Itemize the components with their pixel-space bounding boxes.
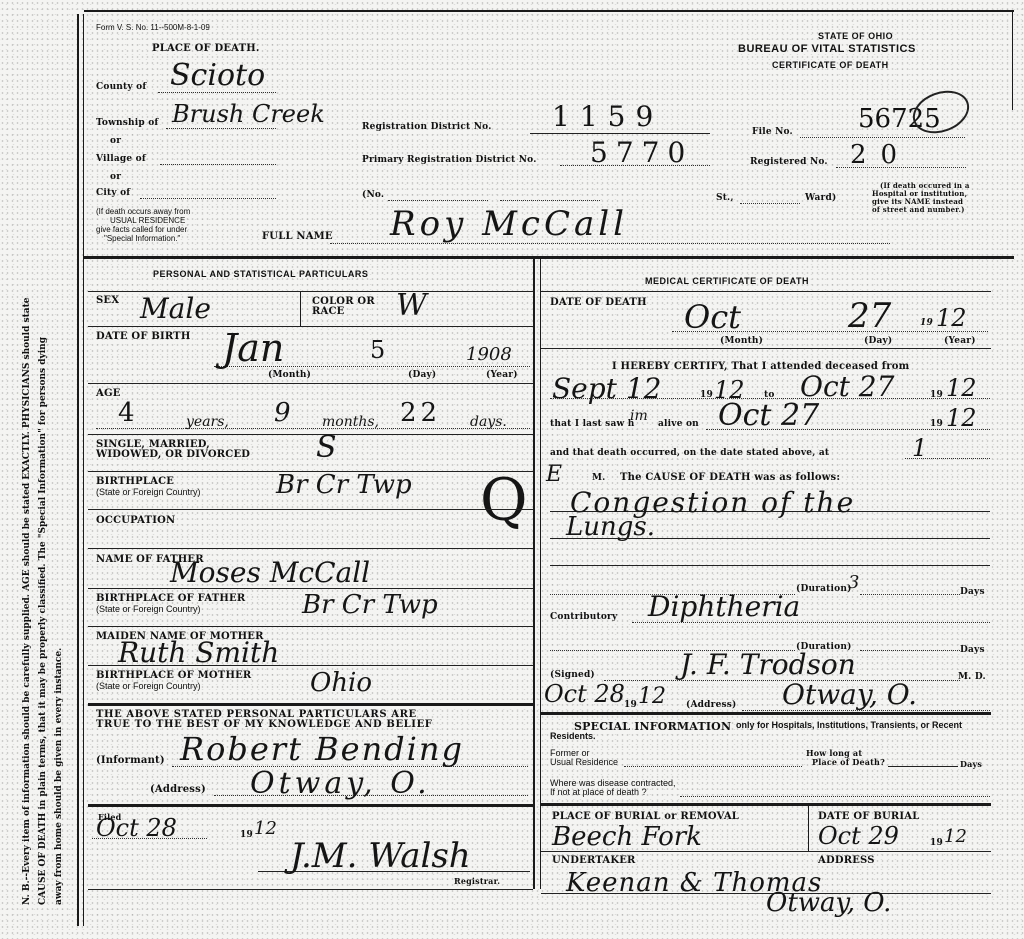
age-months[interactable]: 9 bbox=[274, 398, 291, 428]
howlong-label-2: Place of Death? bbox=[812, 757, 885, 767]
dod-month-caption: (Month) bbox=[720, 336, 763, 346]
cause-text: The CAUSE OF DEATH was as follows: bbox=[620, 473, 840, 483]
years-label: years, bbox=[186, 414, 229, 430]
dob-year[interactable]: 1908 bbox=[466, 344, 512, 365]
dod-year-caption: (Year) bbox=[944, 336, 976, 346]
address-value[interactable]: Otway, O. bbox=[250, 766, 431, 801]
former-label-2: Usual Residence bbox=[550, 757, 618, 767]
primary-district-value[interactable]: 5770 bbox=[590, 136, 693, 169]
mother-birthplace-sub: (State or Foreign Country) bbox=[96, 681, 201, 691]
personal-heading: PERSONAL AND STATISTICAL PARTICULARS bbox=[153, 269, 368, 279]
left-border bbox=[77, 14, 79, 926]
contributory-label: Contributory bbox=[550, 612, 617, 622]
duration2-days-label: Days bbox=[960, 645, 985, 655]
form-number: Form V. S. No. 11--500M-8-1-09 bbox=[96, 23, 210, 32]
attended-to-year-prefix: 19 bbox=[930, 390, 943, 400]
place-of-death-heading: PLACE OF DEATH. bbox=[152, 44, 260, 54]
dod-year-prefix: 19 bbox=[920, 318, 933, 328]
last-saw-year-prefix: 19 bbox=[930, 419, 943, 429]
last-saw-year[interactable]: 12 bbox=[946, 404, 977, 432]
burial-year[interactable]: 12 bbox=[944, 826, 967, 847]
last-saw-label-1: that I last saw h bbox=[550, 419, 635, 429]
primary-district-label: Primary Registration District No. bbox=[362, 155, 537, 165]
months-label: months, bbox=[322, 414, 379, 430]
color-value[interactable]: W bbox=[396, 288, 427, 323]
birthplace-sub: (State or Foreign Country) bbox=[96, 487, 201, 497]
village-label: Village of bbox=[96, 154, 146, 164]
dob-day-caption: (Day) bbox=[408, 370, 436, 380]
sex-label: SEX bbox=[96, 296, 119, 306]
burial-date-label: DATE OF BURIAL bbox=[818, 812, 919, 822]
duration-days-label: Days bbox=[960, 587, 985, 597]
signed-year-prefix: 19 bbox=[624, 700, 637, 710]
sex-value[interactable]: Male bbox=[140, 292, 211, 325]
duration-value[interactable]: 3 bbox=[848, 572, 859, 593]
dod-month[interactable]: Oct bbox=[684, 298, 741, 336]
side-note-line-3: away from home should be given in every … bbox=[54, 648, 65, 905]
reg-district-label: Registration District No. bbox=[362, 122, 492, 132]
occurred-time[interactable]: 1 bbox=[912, 434, 927, 462]
dod-day[interactable]: 27 bbox=[848, 296, 891, 336]
registrar-label: Registrar. bbox=[454, 876, 500, 886]
burial-divider bbox=[808, 806, 809, 851]
city-label: City of bbox=[96, 188, 130, 198]
father-birthplace-value[interactable]: Br Cr Twp bbox=[302, 590, 438, 620]
dod-year[interactable]: 12 bbox=[936, 304, 967, 332]
away-note: (If death occurs away from USUAL RESIDEN… bbox=[96, 207, 190, 243]
occurred-text: and that death occurred, on the date sta… bbox=[550, 448, 829, 458]
cause-line-2[interactable]: Lungs. bbox=[566, 512, 655, 542]
informant-label: (Informant) bbox=[96, 756, 165, 766]
attended-from-year-prefix: 19 bbox=[700, 390, 713, 400]
center-divider-inner bbox=[540, 259, 541, 889]
side-note-line-1: N. B.--Every item of information should … bbox=[22, 298, 33, 905]
occupation-label: OCCUPATION bbox=[96, 516, 175, 526]
registered-no-label: Registered No. bbox=[750, 157, 828, 167]
or-1: or bbox=[110, 136, 121, 146]
age-days[interactable]: 22 bbox=[400, 398, 441, 428]
street-no-label: (No. bbox=[362, 190, 384, 200]
ward-label: Ward) bbox=[805, 193, 836, 203]
full-name-value[interactable]: Roy McCall bbox=[390, 204, 628, 244]
days-label: days. bbox=[470, 414, 507, 430]
attended-from[interactable]: Sept 12 bbox=[552, 372, 661, 405]
m-label: M. bbox=[592, 473, 606, 483]
county-label: County of bbox=[96, 82, 146, 92]
filed-year-prefix: 19 bbox=[240, 830, 253, 840]
township-label: Township of bbox=[96, 118, 159, 128]
howlong-days: Days bbox=[960, 759, 982, 769]
county-value[interactable]: Scioto bbox=[170, 58, 265, 93]
undertaker-label: UNDERTAKER bbox=[552, 856, 636, 866]
signed-value[interactable]: J. F. Trodson bbox=[680, 648, 856, 681]
signed-address-value[interactable]: Otway, O. bbox=[782, 678, 917, 711]
center-divider bbox=[533, 259, 535, 889]
burial-place-value[interactable]: Beech Fork bbox=[552, 822, 702, 852]
or-2: or bbox=[110, 172, 121, 182]
registrar-signature[interactable]: J.M. Walsh bbox=[290, 836, 471, 876]
mother-birthplace-label: BIRTHPLACE OF MOTHER bbox=[96, 671, 251, 681]
street-label: St., bbox=[716, 193, 734, 203]
signed-address-label: (Address) bbox=[686, 700, 737, 710]
address-label: (Address) bbox=[150, 785, 206, 795]
dob-month-caption: (Month) bbox=[268, 370, 311, 380]
dod-day-caption: (Day) bbox=[864, 336, 892, 346]
dob-month[interactable]: Jan bbox=[222, 326, 284, 370]
father-value[interactable]: Moses McCall bbox=[170, 556, 370, 589]
signed-year[interactable]: 12 bbox=[638, 684, 666, 709]
md-label: M. D. bbox=[958, 672, 986, 682]
marital-label-2: WIDOWED, OR DIVORCED bbox=[96, 450, 250, 460]
age-label: AGE bbox=[96, 389, 121, 399]
township-value[interactable]: Brush Creek bbox=[172, 100, 325, 128]
color-label-2: RACE bbox=[312, 307, 344, 317]
attended-to-year[interactable]: 12 bbox=[946, 374, 977, 402]
dob-label: DATE OF BIRTH bbox=[96, 332, 190, 342]
duration-label: (Duration) bbox=[796, 584, 852, 594]
burial-date-value[interactable]: Oct 29 bbox=[818, 822, 899, 850]
birthplace-label: BIRTHPLACE bbox=[96, 477, 174, 487]
left-border-inner bbox=[83, 14, 84, 926]
signed-date[interactable]: Oct 28 bbox=[544, 680, 625, 708]
am-pm-value[interactable]: E bbox=[546, 462, 562, 487]
certificate-title: CERTIFICATE OF DEATH bbox=[772, 60, 889, 70]
file-no-label: File No. bbox=[752, 127, 793, 137]
undertaker-address-value[interactable]: Otway, O. bbox=[766, 888, 891, 918]
last-saw-value[interactable]: Oct 27 bbox=[718, 398, 819, 433]
birthplace-value[interactable]: Br Cr Twp bbox=[276, 470, 412, 500]
informant-value[interactable]: Robert Bending bbox=[180, 730, 464, 768]
mother-birthplace-value[interactable]: Ohio bbox=[310, 668, 372, 698]
dob-day[interactable]: 5 bbox=[370, 336, 385, 364]
attest-line-2: TRUE TO THE BEST OF MY KNOWLEDGE AND BEL… bbox=[96, 720, 433, 730]
signed-label: (Signed) bbox=[550, 670, 595, 680]
marital-value[interactable]: S bbox=[316, 430, 337, 465]
sex-color-divider bbox=[300, 292, 301, 326]
dob-year-caption: (Year) bbox=[486, 370, 518, 380]
contributory-value[interactable]: Diphtheria bbox=[648, 590, 800, 623]
last-saw-him[interactable]: im bbox=[630, 408, 648, 424]
reg-district-value[interactable]: 1159 bbox=[552, 100, 663, 133]
top-border bbox=[84, 10, 1014, 12]
age-years[interactable]: 4 bbox=[118, 398, 135, 428]
father-birthplace-sub: (State or Foreign Country) bbox=[96, 604, 201, 614]
burial-place-label: PLACE OF BURIAL or REMOVAL bbox=[552, 812, 739, 822]
dod-label: DATE OF DEATH bbox=[550, 298, 647, 308]
section-divider bbox=[84, 256, 1014, 259]
filed-year[interactable]: 12 bbox=[254, 818, 277, 839]
full-name-label: FULL NAME bbox=[262, 232, 333, 242]
margin-mark: Q bbox=[480, 466, 528, 534]
contracted-label-2: If not at place of death ? bbox=[550, 787, 647, 797]
right-border bbox=[1012, 10, 1013, 110]
hospital-note: (If death occured in a Hospital or insti… bbox=[872, 182, 970, 214]
side-note-line-2: CAUSE OF DEATH in plain terms, that it m… bbox=[38, 337, 49, 905]
undertaker-address-label: ADDRESS bbox=[818, 856, 875, 866]
state-title: STATE OF OHIO bbox=[818, 31, 893, 41]
special-text: only for Hospitals, Institutions, Transi… bbox=[550, 720, 990, 742]
bureau-title: BUREAU OF VITAL STATISTICS bbox=[738, 43, 916, 55]
burial-year-prefix: 19 bbox=[930, 838, 943, 848]
father-birthplace-label: BIRTHPLACE OF FATHER bbox=[96, 594, 245, 604]
last-saw-label-2: alive on bbox=[658, 419, 699, 429]
medical-heading: MEDICAL CERTIFICATE OF DEATH bbox=[645, 276, 809, 286]
registered-no-value[interactable]: 20 bbox=[850, 140, 911, 170]
filed-value[interactable]: Oct 28 bbox=[96, 814, 177, 842]
